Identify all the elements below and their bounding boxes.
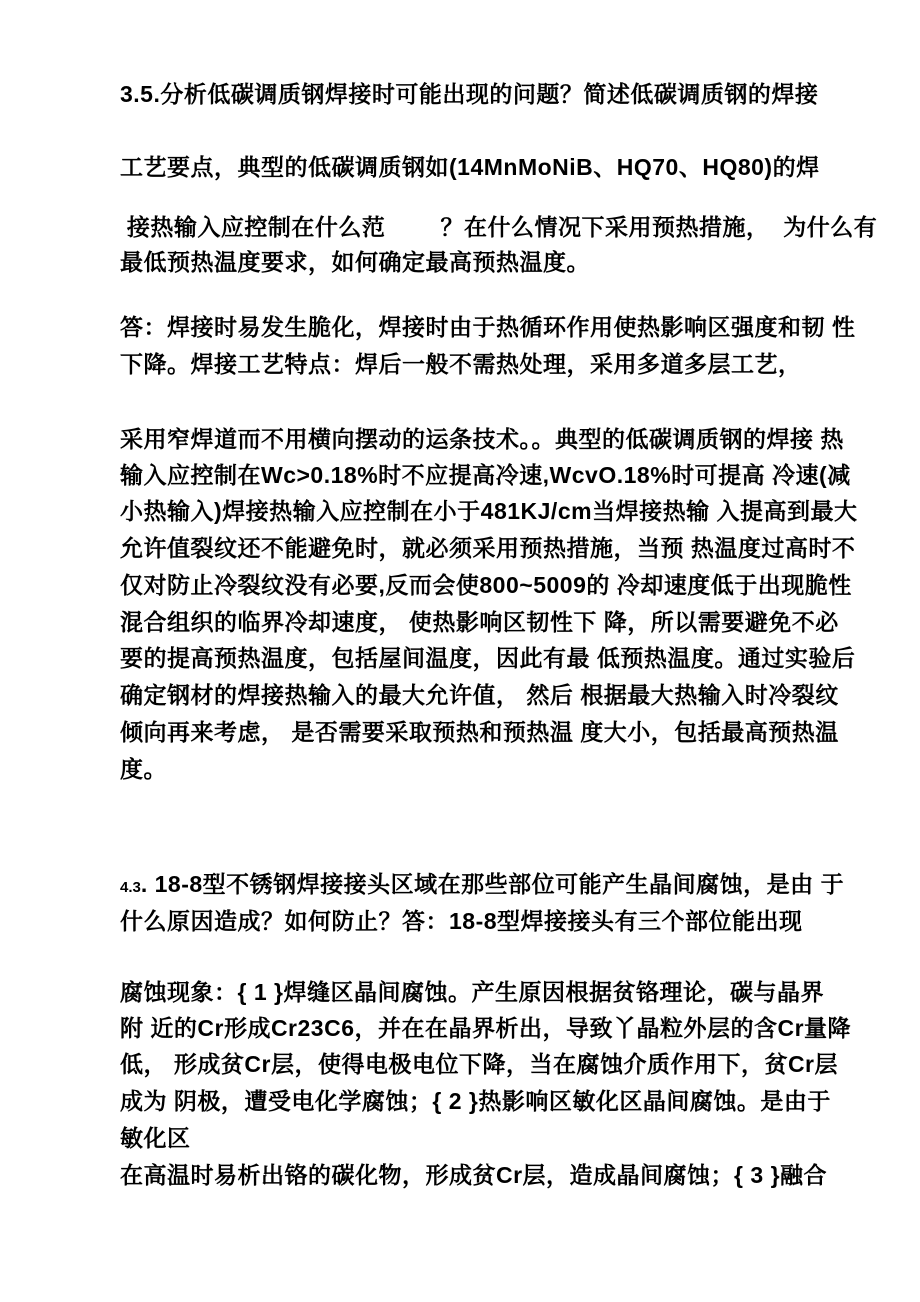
document-page: 3.5.分析低碳调质钢焊接时可能出现的问题？简述低碳调质钢的焊接 工艺要点，典型… (0, 0, 920, 1302)
q35-body-line4: 允许值裂纹还不能避免时，就必须采用预热措施，当预 热温度过高时不 (120, 535, 855, 562)
q43-title-line2: 什么原因造成？如何防止？答：18-8型焊接接头有三个部位能出现 (120, 908, 803, 935)
q43-question-number: 4.3 (120, 879, 141, 896)
q35-body-line5: 仅对防止冷裂纹没有必要,反而会使800~5009的 冷却速度低于出现脆性 (120, 572, 852, 599)
q43-title-line1-text: . 18-8型不锈钢焊接接头区域在那些部位可能产生晶间腐蚀，是由 于 (141, 871, 844, 897)
q35-title-line2: 工艺要点，典型的低碳调质钢如(14MnMoNiB、HQ70、HQ80)的焊 (120, 154, 820, 181)
q43-title-line1: 4.3. 18-8型不锈钢焊接接头区域在那些部位可能产生晶间腐蚀，是由 于 (120, 871, 844, 901)
q35-answer-line1: 答：焊接时易发生脆化，焊接时由于热循环作用使热影响区强度和韧 性 (120, 314, 855, 341)
q35-body-line8: 确定钢材的焊接热输入的最大允许值， 然后 根据最大热输入时冷裂纹 (120, 682, 839, 709)
q35-answer-line2: 下降。焊接工艺特点：焊后一般不需热处理，采用多道多层工艺， (120, 351, 802, 378)
q43-body-line1: 腐蚀现象：{ 1 }焊缝区晶间腐蚀。产生原因根据贫铬理论，碳与晶界 (120, 979, 824, 1006)
q35-body-line2: 输入应控制在Wc>0.18%时不应提高冷速,WcvO.18%时可提高 冷速(减 (120, 462, 851, 489)
q35-body-line7: 要的提高预热温度，包括屋间温度，因此有最 低预热温度。通过实验后 (120, 645, 855, 672)
q43-body-line4: 成为 阴极，遭受电化学腐蚀；{ 2 }热影响区敏化区晶间腐蚀。是由于 (120, 1088, 831, 1115)
q35-body-line10: 度。 (120, 756, 167, 783)
q35-body-line9: 倾向再来考虑， 是否需要采取预热和预热温 度大小，包括最高预热温 (120, 719, 839, 746)
q35-title-line1: 3.5.分析低碳调质钢焊接时可能出现的问题？简述低碳调质钢的焊接 (120, 81, 818, 108)
q43-body-line5: 敏化区 (120, 1125, 191, 1152)
q35-title-line4: 最低预热温度要求，如何确定最高预热温度。 (120, 249, 590, 276)
q43-body-line2: 附 近的Cr形成Cr23C6，并在在晶界析出，导致丫晶粒外层的含Cr量降 (120, 1015, 851, 1042)
q43-body-line3: 低， 形成贫Cr层，使得电极电位下降，当在腐蚀介质作用下，贫Cr层 (120, 1051, 838, 1078)
q35-body-line6: 混合组织的临界冷却速度， 使热影响区韧性下 降，所以需要避免不必 (120, 609, 839, 636)
q43-body-line6: 在高温时易析出铬的碳化物，形成贫Cr层，造成晶间腐蚀；{ 3 }融合 (120, 1162, 827, 1189)
q35-title-line3: 接热输入应控制在什么范 ？在什么情况下采用预热措施， 为什么有 (120, 214, 877, 241)
q35-body-line3: 小热输入)焊接热输入应控制在小于481KJ/cm当焊接热输 入提高到最大 (120, 498, 857, 525)
q35-body-line1: 采用窄焊道而不用横向摆动的运条技术。。典型的低碳调质钢的焊接 热 (120, 426, 844, 453)
